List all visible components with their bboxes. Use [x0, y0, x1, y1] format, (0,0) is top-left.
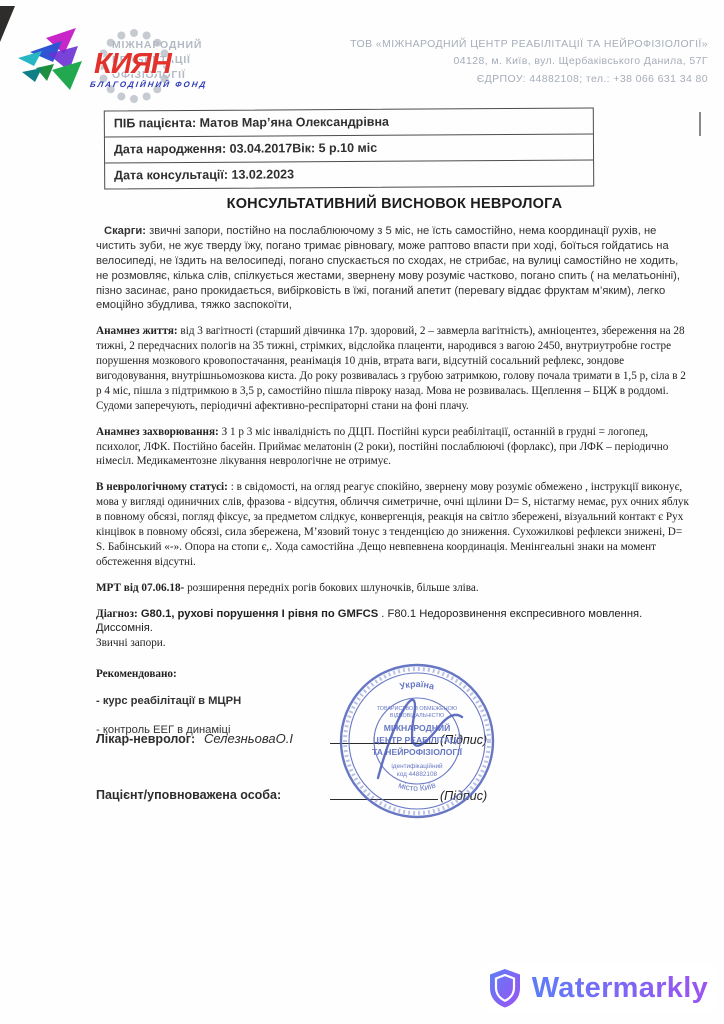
- diagnosis-paragraph: Діагноз: G80.1, рухові порушення І рівня…: [96, 607, 693, 652]
- life-history-paragraph: Анамнез життя: від 3 вагітності (старший…: [96, 324, 693, 413]
- doctor-label: Лікар-невролог:: [96, 732, 195, 746]
- doctor-name: СелезньоваО.І: [204, 731, 293, 746]
- shield-icon: [488, 968, 522, 1008]
- company-name: ТОВ «МІЖНАРОДНИЙ ЦЕНТР РЕАБІЛІТАЦІЇ ТА Н…: [350, 36, 708, 53]
- patient-label: Пацієнт/уповноважена особа:: [96, 788, 281, 802]
- company-ids: ЄДРПОУ: 44882108; тел.: +38 066 631 34 8…: [350, 71, 708, 88]
- scanned-document-page: МІЖНАРОДНИЙ РЕАБІЛІТАЦІЇ ОФІЗІОЛОГІЇ КИЯ…: [0, 0, 724, 1024]
- consultation-date-row: Дата консультації: 13.02.2023: [105, 161, 593, 189]
- complaints-label: Скарги:: [104, 225, 146, 237]
- disease-history-paragraph: Анамнез захворювання: З 1 р 3 міс інвалі…: [96, 425, 693, 470]
- document-header: МІЖНАРОДНИЙ РЕАБІЛІТАЦІЇ ОФІЗІОЛОГІЇ КИЯ…: [16, 24, 708, 112]
- logo-brand-text: КИЯН: [94, 48, 171, 81]
- mri-text: розширення передніх рогів бокових шлуноч…: [184, 582, 478, 594]
- stamp-center-line5: код 44882108: [397, 771, 438, 778]
- patient-birthdate-row: Дата народження: 03.04.2017Вік: 5 р.10 м…: [105, 135, 593, 164]
- watermark-badge: Watermarkly: [480, 964, 716, 1012]
- diagnosis-codes: G80.1, рухові порушення І рівня по GMFCS: [138, 608, 378, 620]
- company-info: ТОВ «МІЖНАРОДНИЙ ЦЕНТР РЕАБІЛІТАЦІЇ ТА Н…: [350, 36, 708, 112]
- stamp-city: місто Київ: [397, 780, 437, 794]
- stamp-small-line1: ТОВАРИСТВО З ОБМЕЖЕНОЮ: [377, 706, 458, 712]
- round-stamp: Україна місто Київ ТОВАРИСТВО З ОБМЕЖЕНО…: [328, 652, 506, 830]
- patient-info-table: ПІБ пацієнта: Матов Мар’яна Олександрівн…: [104, 108, 594, 190]
- neuro-status-paragraph: В неврологічному статусі: : в свідомості…: [96, 480, 693, 569]
- neuro-status-text: : в свідомості, на огляд реагує спокійно…: [96, 481, 689, 567]
- diagnosis-label: Діагноз:: [96, 608, 138, 620]
- life-history-text: від 3 вагітності (старший дівчинка 17р. …: [96, 325, 686, 411]
- stamp-center-line2: ЦЕНТР РЕАБІЛІТАЦІЇ: [373, 735, 462, 745]
- clinic-logo: МІЖНАРОДНИЙ РЕАБІЛІТАЦІЇ ОФІЗІОЛОГІЇ КИЯ…: [16, 24, 326, 112]
- watermark-text: Watermarkly: [532, 972, 708, 1005]
- company-address: 04128, м. Київ, вул. Щербаківського Дани…: [350, 53, 708, 70]
- complaints-paragraph: Скарги: звичні запори, постійно на посла…: [96, 224, 693, 313]
- diagnosis-line2: Звичні запори.: [96, 637, 166, 649]
- patient-name-row: ПІБ пацієнта: Матов Мар’яна Олександрівн…: [105, 109, 593, 138]
- complaints-text: звичні запори, постійно на послаблюючому…: [96, 225, 680, 311]
- svg-text:Україна: Україна: [399, 679, 437, 692]
- mri-paragraph: МРТ від 07.06.18- розширення передніх ро…: [96, 581, 693, 596]
- stamp-center-line4: ідентифікаційний: [391, 762, 443, 770]
- disease-history-label: Анамнез захворювання:: [96, 426, 219, 438]
- life-history-label: Анамнез життя:: [96, 325, 178, 337]
- neuro-status-label: В неврологічному статусі:: [96, 481, 228, 493]
- recommendations-label: Рекомендовано:: [96, 668, 177, 680]
- scan-edge-artifact: [699, 112, 701, 136]
- svg-text:місто Київ: місто Київ: [397, 780, 437, 794]
- stamp-country: Україна: [399, 679, 437, 692]
- scan-corner-artifact: [0, 6, 15, 42]
- mri-label: МРТ від 07.06.18-: [96, 582, 184, 594]
- document-title: КОНСУЛЬТАТИВНИЙ ВИСНОВОК НЕВРОЛОГА: [96, 196, 693, 212]
- logo-fund-text: БЛАГОДІЙНИЙ ФОНД: [89, 80, 208, 89]
